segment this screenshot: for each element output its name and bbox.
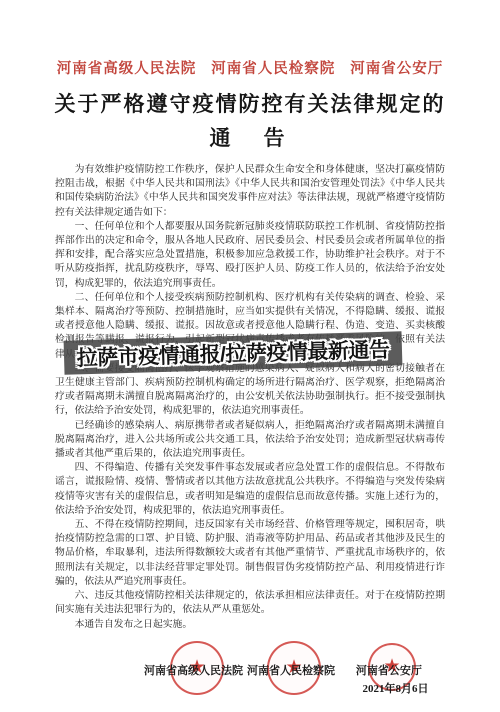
paragraph-effective: 本通告自发布之日起实施。: [55, 618, 445, 632]
document-page: 河南省高级人民法院 河南省人民检察院 河南省公安厅 关于严格遵守疫情防控有关法律…: [0, 0, 500, 712]
seal-group-court: ★ 河南省高级人民法院: [170, 641, 225, 701]
paragraph-5: 五、不得在疫情防控期间，违反国家有关市场经营、价格管理等规定，囤积居奇，哄抬疫情…: [55, 518, 445, 589]
document-subtitle: 通 告: [0, 122, 500, 152]
seal-caption: 河南省人民检察院: [247, 662, 335, 678]
paragraph-intro: 为有效维护疫情防控工作秩序，保护人民群众生命安全和身体健康，坚决打赢疫情防控阻击…: [55, 163, 445, 220]
paragraph-1: 一、任何单位和个人都要服从国务院新冠肺炎疫情联防联控工作机制、省疫情防控指挥部作…: [55, 220, 445, 291]
document-title: 关于严格遵守疫情防控有关法律规定的: [0, 88, 500, 118]
agency-public-security: 河南省公安厅: [350, 57, 443, 78]
agency-procuratorate: 河南省人民检察院: [211, 57, 335, 78]
seal-group-procuratorate: ★ 河南省人民检察院: [267, 641, 322, 701]
document-body: 为有效维护疫情防控工作秩序，保护人民群众生命安全和身体健康，坚决打赢疫情防控阻击…: [55, 163, 445, 632]
agency-court: 河南省高级人民法院: [57, 57, 197, 78]
paragraph-4: 四、不得编造、传播有关突发事件事态发展或者应急处置工作的虚假信息。不得散布谣言，…: [55, 461, 445, 518]
seal-caption: 河南省公安厅: [356, 662, 422, 678]
seals-row: ★ 河南省高级人民法院 ★ 河南省人民检察院 ★ 河南省公安厅 2021年8月6…: [170, 641, 500, 703]
paragraph-3b: 已经确诊的感染病人、病原携带者或者疑似病人，拒绝隔离治疗或者隔离期未满擅自脱离隔…: [55, 419, 445, 462]
issue-date: 2021年8月6日: [362, 680, 428, 696]
issuing-agencies-header: 河南省高级人民法院 河南省人民检察院 河南省公安厅: [0, 57, 500, 78]
seal-group-public-security: ★ 河南省公安厅 2021年8月6日: [364, 641, 419, 701]
seal-caption: 河南省高级人民法院: [144, 662, 243, 678]
paragraph-6: 六、违反其他疫情防控相关法律规定的，依法承担相应法律责任。对于在疫情防控期间实施…: [55, 589, 445, 617]
watermark-text: 拉萨市疫情通报/拉萨疫情最新通告: [76, 334, 390, 373]
